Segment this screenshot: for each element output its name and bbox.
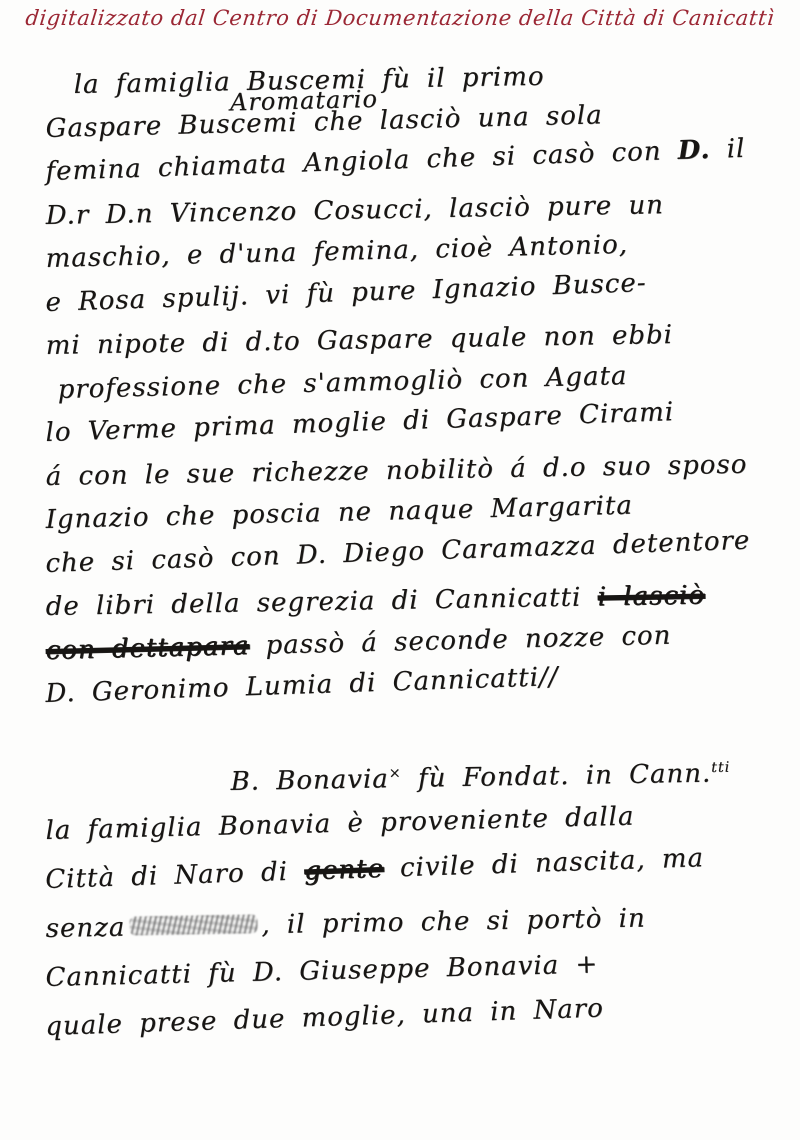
text-segment: , il primo che si portò in xyxy=(261,903,646,940)
manuscript-page: { "header": { "text": "digitalizzato dal… xyxy=(0,0,800,1140)
text-segment: tti xyxy=(711,759,730,775)
smudge-mark xyxy=(129,914,257,935)
struck-text: gente xyxy=(304,853,385,886)
digitization-header: digitalizzato dal Centro di Documentazio… xyxy=(0,6,800,30)
text-segment: senza xyxy=(45,912,125,943)
struck-text: con dettapara xyxy=(45,631,249,666)
section-buscemi: la famiglia Buscemi fù il primoAromatari… xyxy=(46,70,784,723)
text-segment: B. Bonavia xyxy=(230,764,389,797)
struck-text: i lasciò xyxy=(597,580,705,612)
text-segment: D. xyxy=(677,135,711,166)
text-segment: fù Fondat. in Cann. xyxy=(402,758,712,793)
manuscript: la famiglia Buscemi fù il primoAromatari… xyxy=(46,70,784,1061)
text-segment: × xyxy=(389,765,402,781)
text-segment: il xyxy=(710,134,746,165)
section-bonavia: B. Bonavia× fù Fondat. in Cann.ttila fam… xyxy=(46,767,784,1061)
interlinear-note: Aromatario xyxy=(230,84,379,116)
